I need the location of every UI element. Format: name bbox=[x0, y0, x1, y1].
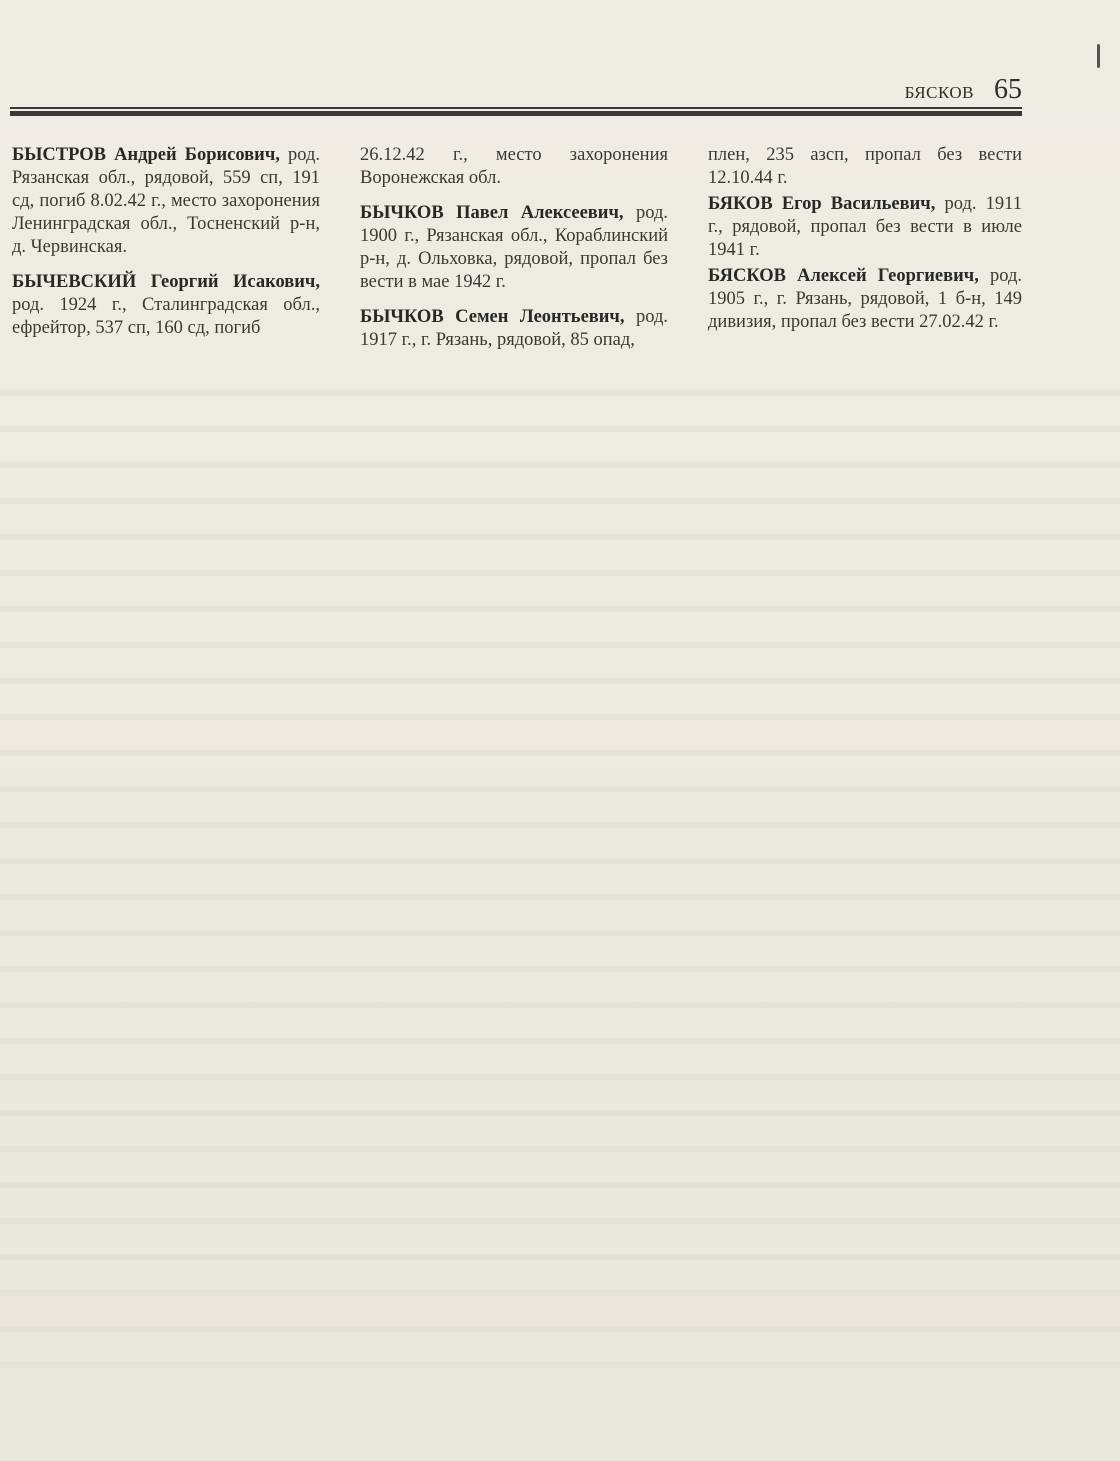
entry: 26.12.42 г., место захоронения Воронежск… bbox=[360, 144, 668, 190]
entry: БЫЧКОВ Семен Леонтьевич, род. 1917 г., г… bbox=[360, 306, 668, 352]
book-page: БЯСКОВ 65 БЫСТРОВ Андрей Борисович, род.… bbox=[0, 0, 1120, 1461]
running-head: БЯСКОВ 65 bbox=[905, 74, 1022, 106]
running-title: БЯСКОВ bbox=[905, 83, 974, 103]
entry-text: род. 1924 г., Сталинградская обл., ефрей… bbox=[12, 295, 320, 338]
entry: БЯСКОВ Алексей Георгиевич, род. 1905 г.,… bbox=[708, 265, 1022, 334]
entry-name: БЫЧКОВ Павел Алексеевич, bbox=[360, 203, 624, 223]
entry-name: БЯСКОВ Алексей Георгиевич, bbox=[708, 266, 979, 286]
entry: БЯКОВ Егор Васильевич, род. 1911 г., ряд… bbox=[708, 193, 1022, 262]
column-1: БЫСТРОВ Андрей Борисович, род. Рязанская… bbox=[12, 144, 320, 352]
column-3: плен, 235 азсп, пропал без вести 12.10.4… bbox=[708, 144, 1022, 337]
page-number: 65 bbox=[994, 74, 1022, 106]
entry: БЫЧЕВСКИЙ Георгий Исакович, род. 1924 г.… bbox=[12, 271, 320, 340]
entry-name: БЫСТРОВ Андрей Борисович, bbox=[12, 145, 280, 165]
entry: БЫСТРОВ Андрей Борисович, род. Рязанская… bbox=[12, 144, 320, 259]
column-2: 26.12.42 г., место захоронения Воронежск… bbox=[360, 144, 668, 364]
entry: БЫЧКОВ Павел Алексеевич, род. 1900 г., Р… bbox=[360, 202, 668, 294]
header-rule-thick bbox=[10, 111, 1022, 116]
entry-text: 26.12.42 г., место захоронения Воронежск… bbox=[360, 145, 668, 188]
scan-mark bbox=[1097, 44, 1100, 68]
entry-name: БЫЧКОВ Семен Леонтьевич, bbox=[360, 307, 624, 327]
entry-text: плен, 235 азсп, пропал без вести 12.10.4… bbox=[708, 145, 1022, 188]
header-rule-thin bbox=[10, 107, 1022, 109]
bleed-through-text bbox=[0, 370, 1120, 1370]
entry-name: БЫЧЕВСКИЙ Георгий Исакович, bbox=[12, 272, 320, 292]
entry-name: БЯКОВ Егор Васильевич, bbox=[708, 194, 935, 214]
entry: плен, 235 азсп, пропал без вести 12.10.4… bbox=[708, 144, 1022, 190]
